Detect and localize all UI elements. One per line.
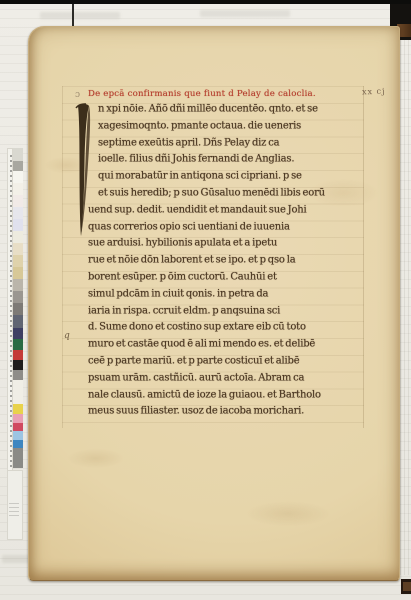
color-patch xyxy=(13,414,23,423)
rubric-line: De epcā confirmanis que fiunt d Pelay de… xyxy=(88,88,368,100)
color-patch xyxy=(13,448,23,468)
paraph-icon: ɔ xyxy=(75,90,80,100)
color-patch xyxy=(13,423,23,431)
text-line: sue arduisi. hybilionis apulata et a ipe… xyxy=(88,235,362,252)
color-patch xyxy=(13,171,23,183)
color-patch xyxy=(13,279,23,291)
text-line: d. Sume dono et costino sup extare eib c… xyxy=(88,319,362,336)
color-patch xyxy=(13,291,23,303)
text-line: rue et nōie dōn laborent et se ipo. et p… xyxy=(88,252,362,269)
binding-edge-bottom xyxy=(403,582,411,591)
page-edge-line xyxy=(72,4,74,27)
color-patch xyxy=(13,219,23,231)
color-patch xyxy=(13,161,23,171)
color-patch xyxy=(13,267,23,279)
color-patch xyxy=(13,360,23,370)
text-line: iaria in rispa. ccruit eldm. p anqsuina … xyxy=(88,303,362,320)
color-patch xyxy=(13,339,23,350)
manuscript-photo: ɔ De epcā confirmanis que fiunt d Pelay … xyxy=(0,0,411,600)
text-line: ioelle. filius dñi Johis fernandi de Ang… xyxy=(88,151,362,168)
photo-frame-top xyxy=(0,0,411,4)
text-line: ceē p parte mariū. et p parte costicuī e… xyxy=(88,353,362,370)
text-line: qui morabatūr in antiqona sci cipriani. … xyxy=(88,168,362,185)
color-patch xyxy=(13,350,23,360)
color-strip-tail-text xyxy=(9,503,19,517)
text-line: meus suus filiaster. usoz de iacoba mori… xyxy=(88,403,362,420)
color-patch xyxy=(13,243,23,255)
text-line: septime exeūtis april. Dñs Pelay diz ca xyxy=(88,135,362,152)
color-patch xyxy=(13,370,23,380)
text-line: borent esūper. p ōim cuctorū. Cauhūi et xyxy=(88,269,362,286)
color-patch xyxy=(13,148,23,161)
color-patch xyxy=(13,255,23,267)
color-patches xyxy=(13,148,23,468)
color-patch xyxy=(13,431,23,440)
color-patch xyxy=(13,328,23,339)
text-line: n xpi nōie. Añō dñi millēo ducentēo. qnt… xyxy=(88,101,362,118)
text-line: muro et castāe quod ē ali mi mendo es. e… xyxy=(88,336,362,353)
bleed-through-texture xyxy=(200,10,290,17)
color-patch xyxy=(13,195,23,207)
margin-mark: q xyxy=(64,331,70,341)
text-line: simul pdcām in ciuit qonis. in petra da xyxy=(88,286,362,303)
text-line: nale clausū. amictū de ioze la guiaou. e… xyxy=(88,387,362,404)
color-patch xyxy=(13,231,23,243)
color-patch xyxy=(13,207,23,219)
color-patch xyxy=(13,404,23,414)
text-line: xagesimoqnto. pmante octaua. die ueneris xyxy=(88,118,362,135)
color-patch xyxy=(13,303,23,315)
text-line: quas correrios opio sci uentiani de iuue… xyxy=(88,219,362,236)
chapter-number: xx cj xyxy=(362,87,386,97)
text-line: uend sup. dedit. uendidit et mandauit su… xyxy=(88,202,362,219)
color-calibration-strip xyxy=(7,148,23,540)
color-patch xyxy=(13,380,23,404)
text-line: psuam urām. castñicū. aurū actoīa. Abram… xyxy=(88,370,362,387)
text-lines: n xpi nōie. Añō dñi millēo ducentēo. qnt… xyxy=(88,101,362,420)
text-line: et suis heredib; p suo Gūsaluo menēdi li… xyxy=(88,185,362,202)
color-patch xyxy=(13,315,23,328)
bleed-through-texture xyxy=(40,12,120,19)
color-patch xyxy=(13,183,23,195)
color-patch xyxy=(13,440,23,448)
